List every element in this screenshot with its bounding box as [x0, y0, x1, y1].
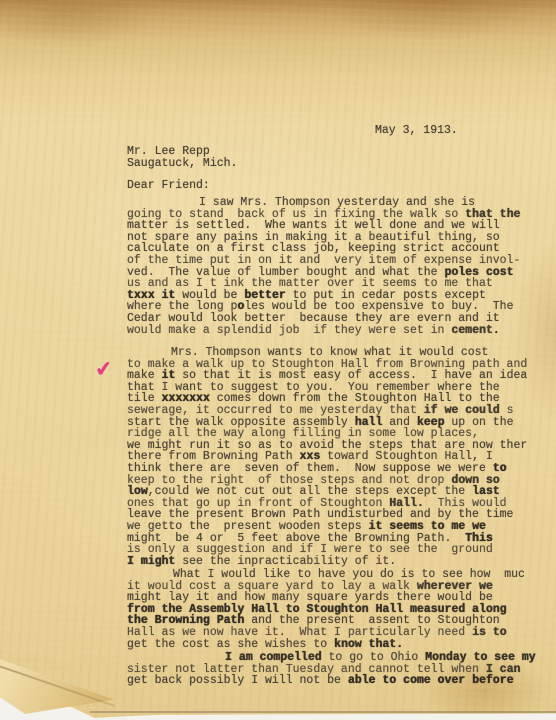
letter-paper: May 3, 1913. Mr. Lee Repp Saugatuck, Mic… — [0, 0, 556, 720]
heavy-ink-text: I can — [486, 663, 521, 676]
text-line: get back possibly I will not be able to … — [127, 675, 539, 687]
text-line: we getto the present wooden steps it see… — [127, 521, 539, 533]
text-line: would make a splendid job if they were s… — [127, 325, 539, 337]
heavy-ink-text: cement. — [451, 324, 499, 337]
text-line: from the Assembly Hall to Stoughton Hall… — [127, 604, 539, 616]
text-line: not spare any pains in making it a beaut… — [127, 232, 539, 244]
text-line: where the long poles would be too expens… — [127, 301, 539, 313]
paragraph: I saw Mrs. Thompson yesterday and she is… — [127, 197, 539, 336]
scanned-letter: May 3, 1913. Mr. Lee Repp Saugatuck, Mic… — [0, 0, 556, 720]
heavy-ink-text: wherever we — [417, 580, 493, 593]
paragraph: Mrs. Thompson wants to know what it woul… — [127, 347, 539, 567]
heavy-ink-text: Hall. — [389, 497, 424, 510]
text-line: ridge all the way along filling in some … — [127, 428, 539, 440]
heavy-ink-text: know that. — [334, 638, 403, 651]
paragraph: I am compelled to go to Ohio Monday to s… — [127, 652, 539, 687]
heavy-ink-text: xxs — [300, 450, 321, 463]
text-line: I might see the inpracticability of it. — [127, 556, 539, 568]
paper-bottom-edge — [90, 711, 556, 713]
heavy-ink-text: I might — [127, 555, 175, 568]
text-line: get the cost as she wishes to know that. — [127, 639, 539, 651]
heavy-ink-text: able to come over before — [348, 674, 514, 687]
text-line: it would cost a square yard to lay a wal… — [127, 581, 539, 593]
text-line: going to stand back of us in fixing the … — [127, 209, 539, 221]
text-line: ones that go up in front of Stoughton Ha… — [127, 498, 539, 510]
text-line: that I want to suggest to you. You remem… — [127, 382, 539, 394]
heavy-ink-text: is to — [472, 626, 507, 639]
heavy-ink-text: from the Assembly Hall to Stoughton Hall… — [127, 603, 507, 616]
text-line: there from Browning Path xxs toward Stou… — [127, 451, 539, 463]
text-line: to make a walk up to Stoughton Hall from… — [127, 359, 539, 371]
paragraph: What I would like to have you do is to s… — [127, 569, 539, 650]
heavy-ink-text: that the — [465, 208, 520, 221]
text-line: us and as I t ink the matter over it see… — [127, 278, 539, 290]
pink-checkmark-annotation: ✔ — [94, 356, 114, 382]
heavy-ink-text: it seems to me we — [369, 520, 486, 533]
text-line: sister not latter than Tuesday and canno… — [127, 664, 539, 676]
letter-body: I saw Mrs. Thompson yesterday and she is… — [0, 0, 556, 720]
